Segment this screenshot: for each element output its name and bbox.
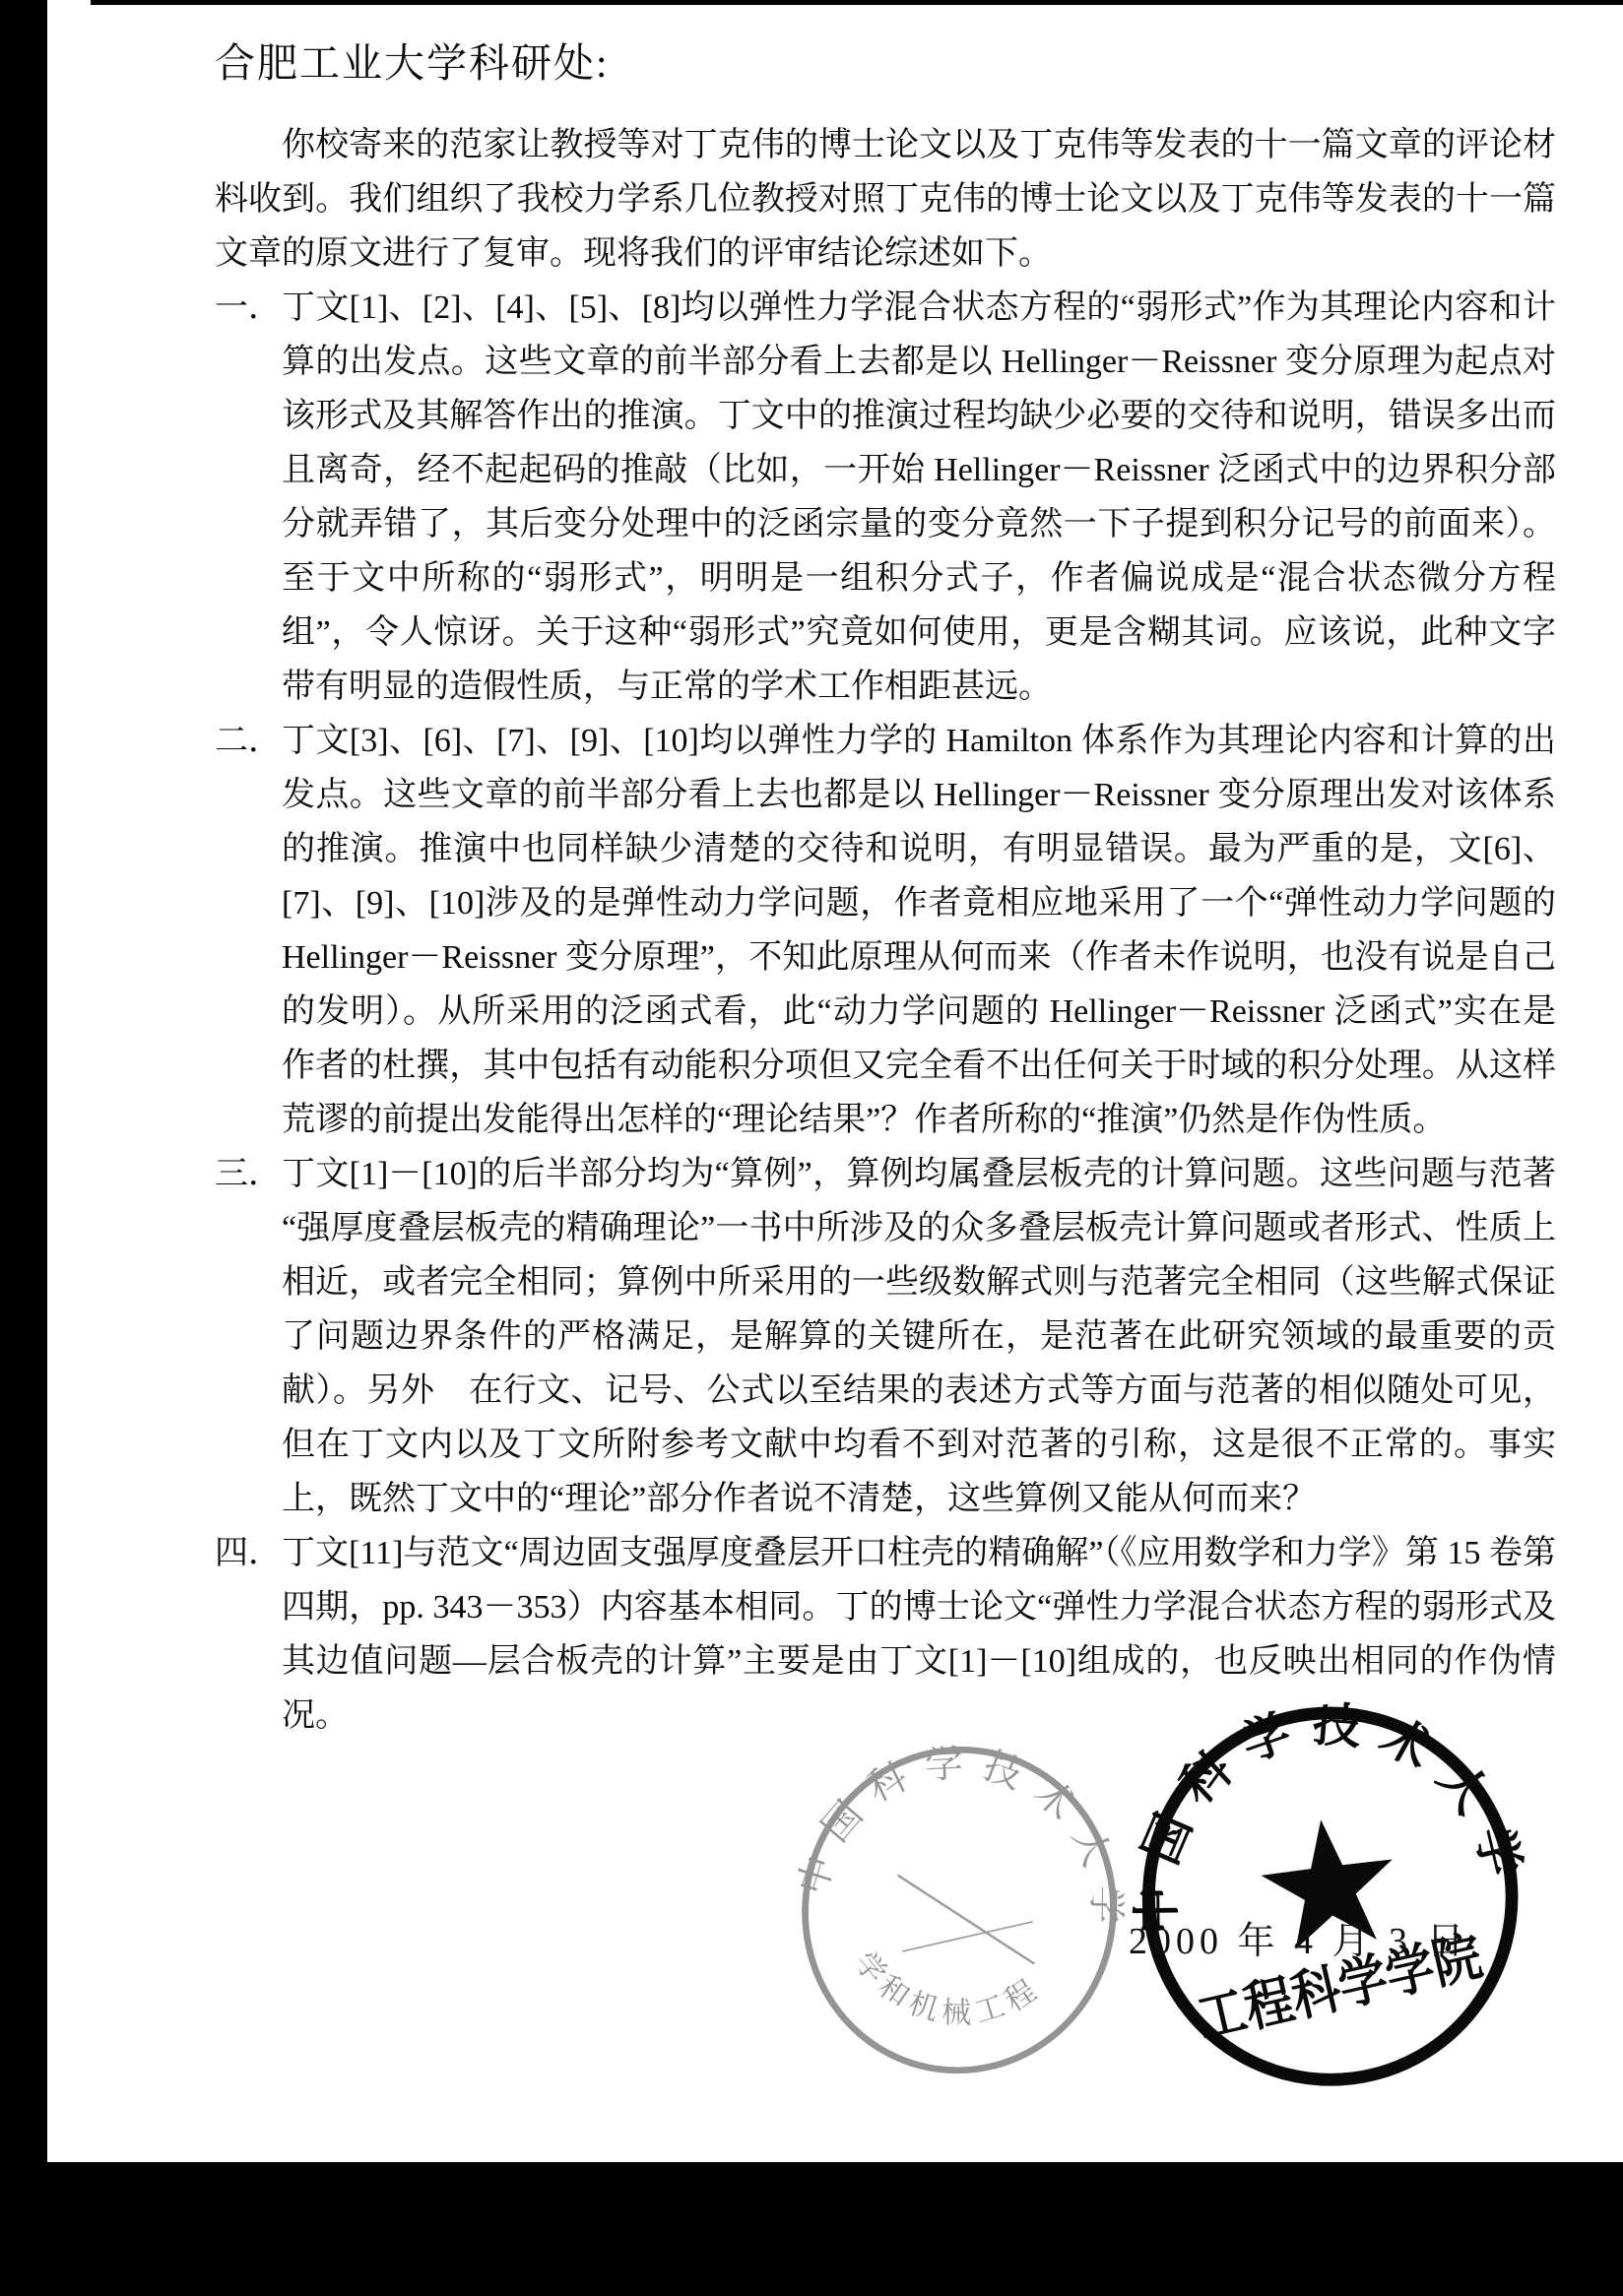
letter-body: 合肥工业大学科研处: 你校寄来的范家让教授等对丁克伟的博士论文以及丁克伟等发表的… [215, 33, 1556, 1743]
scan-artifact-top-line [91, 0, 1623, 5]
item-label: 二． [215, 714, 282, 768]
item-text: 丁文[1]－[10]的后半部分均为“算例”，算例均属叠层板壳的计算问题。这些问题… [282, 1156, 1556, 1517]
review-item-3: 三． 丁文[1]－[10]的后半部分均为“算例”，算例均属叠层板壳的计算问题。这… [215, 1147, 1556, 1526]
date-stamp: 2000 年 4 月 3 日 [1129, 1910, 1469, 1964]
item-label: 三． [215, 1147, 282, 1201]
item-label: 一． [215, 281, 282, 335]
addressee-line: 合肥工业大学科研处: [215, 33, 1556, 93]
scan-artifact-left-bar [0, 0, 47, 2170]
scanned-letter-page: 合肥工业大学科研处: 你校寄来的范家让教授等对丁克伟的博士论文以及丁克伟等发表的… [0, 0, 1623, 2296]
item-text: 丁文[1]、[2]、[4]、[5]、[8]均以弹性力学混合状态方程的“弱形式”作… [282, 289, 1556, 705]
university-seal-dark: 中国科学技术大学 工程科学学院 [1089, 1680, 1572, 2116]
item-label: 四． [215, 1526, 282, 1580]
scan-artifact-bottom-bar [0, 2162, 1623, 2296]
scan-streak [887, 1876, 1045, 1964]
intro-paragraph: 你校寄来的范家让教授等对丁克伟的博士论文以及丁克伟等发表的十一篇文章的评论材料收… [215, 118, 1556, 281]
review-item-1: 一． 丁文[1]、[2]、[4]、[5]、[8]均以弹性力学混合状态方程的“弱形… [215, 281, 1556, 714]
scan-streak [902, 1902, 1032, 1970]
review-item-2: 二． 丁文[3]、[6]、[7]、[9]、[10]均以弹性力学的 Hamilto… [215, 714, 1556, 1147]
item-text: 丁文[3]、[6]、[7]、[9]、[10]均以弹性力学的 Hamilton 体… [282, 723, 1556, 1138]
